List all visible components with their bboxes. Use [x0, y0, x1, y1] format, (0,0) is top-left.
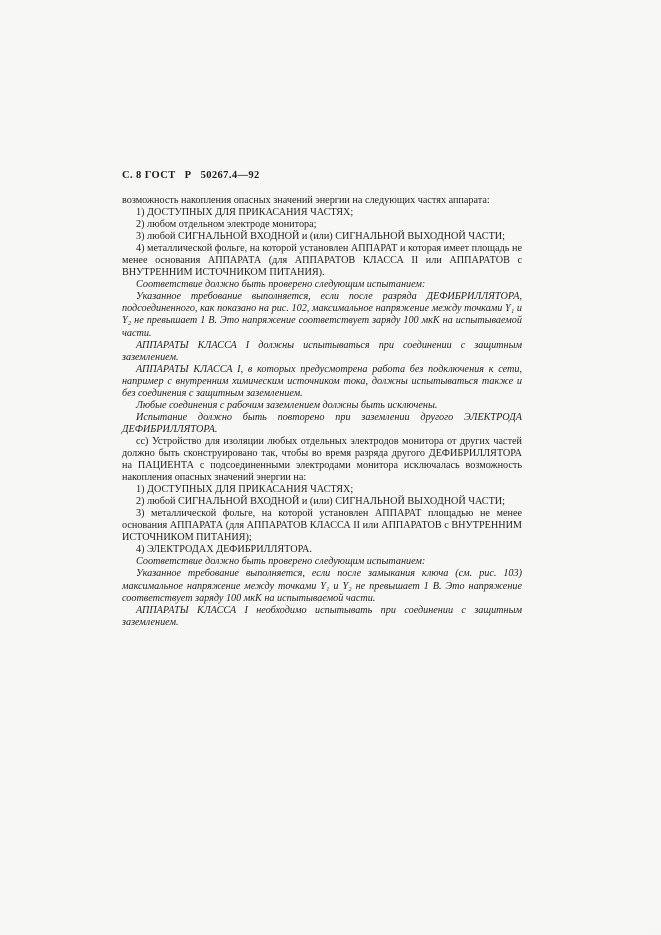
running-header: С. 8 ГОСТ Р 50267.4—92: [122, 170, 260, 182]
paragraph: 3) любой СИГНАЛЬНОЙ ВХОДНОЙ и (или) СИГН…: [122, 231, 522, 243]
paragraph: АППАРАТЫ КЛАССА I, в которых предусмотре…: [122, 364, 522, 400]
paragraph: АППАРАТЫ КЛАССА I должны испытываться пр…: [122, 340, 522, 364]
paragraph: Любые соединения с рабочим заземлением д…: [122, 400, 522, 412]
paragraph: 3) металлической фольге, на которой уста…: [122, 508, 522, 544]
paragraph: 1) ДОСТУПНЫХ ДЛЯ ПРИКАСАНИЯ ЧАСТЯХ;: [122, 207, 522, 219]
paragraph: 1) ДОСТУПНЫХ ДЛЯ ПРИКАСАНИЯ ЧАСТЯХ;: [122, 484, 522, 496]
paragraph: Соответствие должно быть проверено следу…: [122, 556, 522, 568]
paragraph: Указанное требование выполняется, если п…: [122, 568, 522, 604]
document-body: возможность накопления опасных значений …: [122, 195, 522, 629]
paragraph: АППАРАТЫ КЛАССА I необходимо испытывать …: [122, 605, 522, 629]
paragraph: 2) любом отдельном электроде монитора;: [122, 219, 522, 231]
paragraph: возможность накопления опасных значений …: [122, 195, 522, 207]
paragraph: Указанное требование выполняется, если п…: [122, 291, 522, 339]
paragraph: 4) ЭЛЕКТРОДАХ ДЕФИБРИЛЛЯТОРА.: [122, 544, 522, 556]
paragraph: 2) любой СИГНАЛЬНОЙ ВХОДНОЙ и (или) СИГН…: [122, 496, 522, 508]
scanned-page: С. 8 ГОСТ Р 50267.4—92 возможность накоп…: [0, 0, 661, 935]
paragraph: сс) Устройство для изоляции любых отдель…: [122, 436, 522, 484]
paragraph: Соответствие должно быть проверено следу…: [122, 279, 522, 291]
paragraph: 4) металлической фольге, на которой уста…: [122, 243, 522, 279]
paragraph: Испытание должно быть повторено при зазе…: [122, 412, 522, 436]
